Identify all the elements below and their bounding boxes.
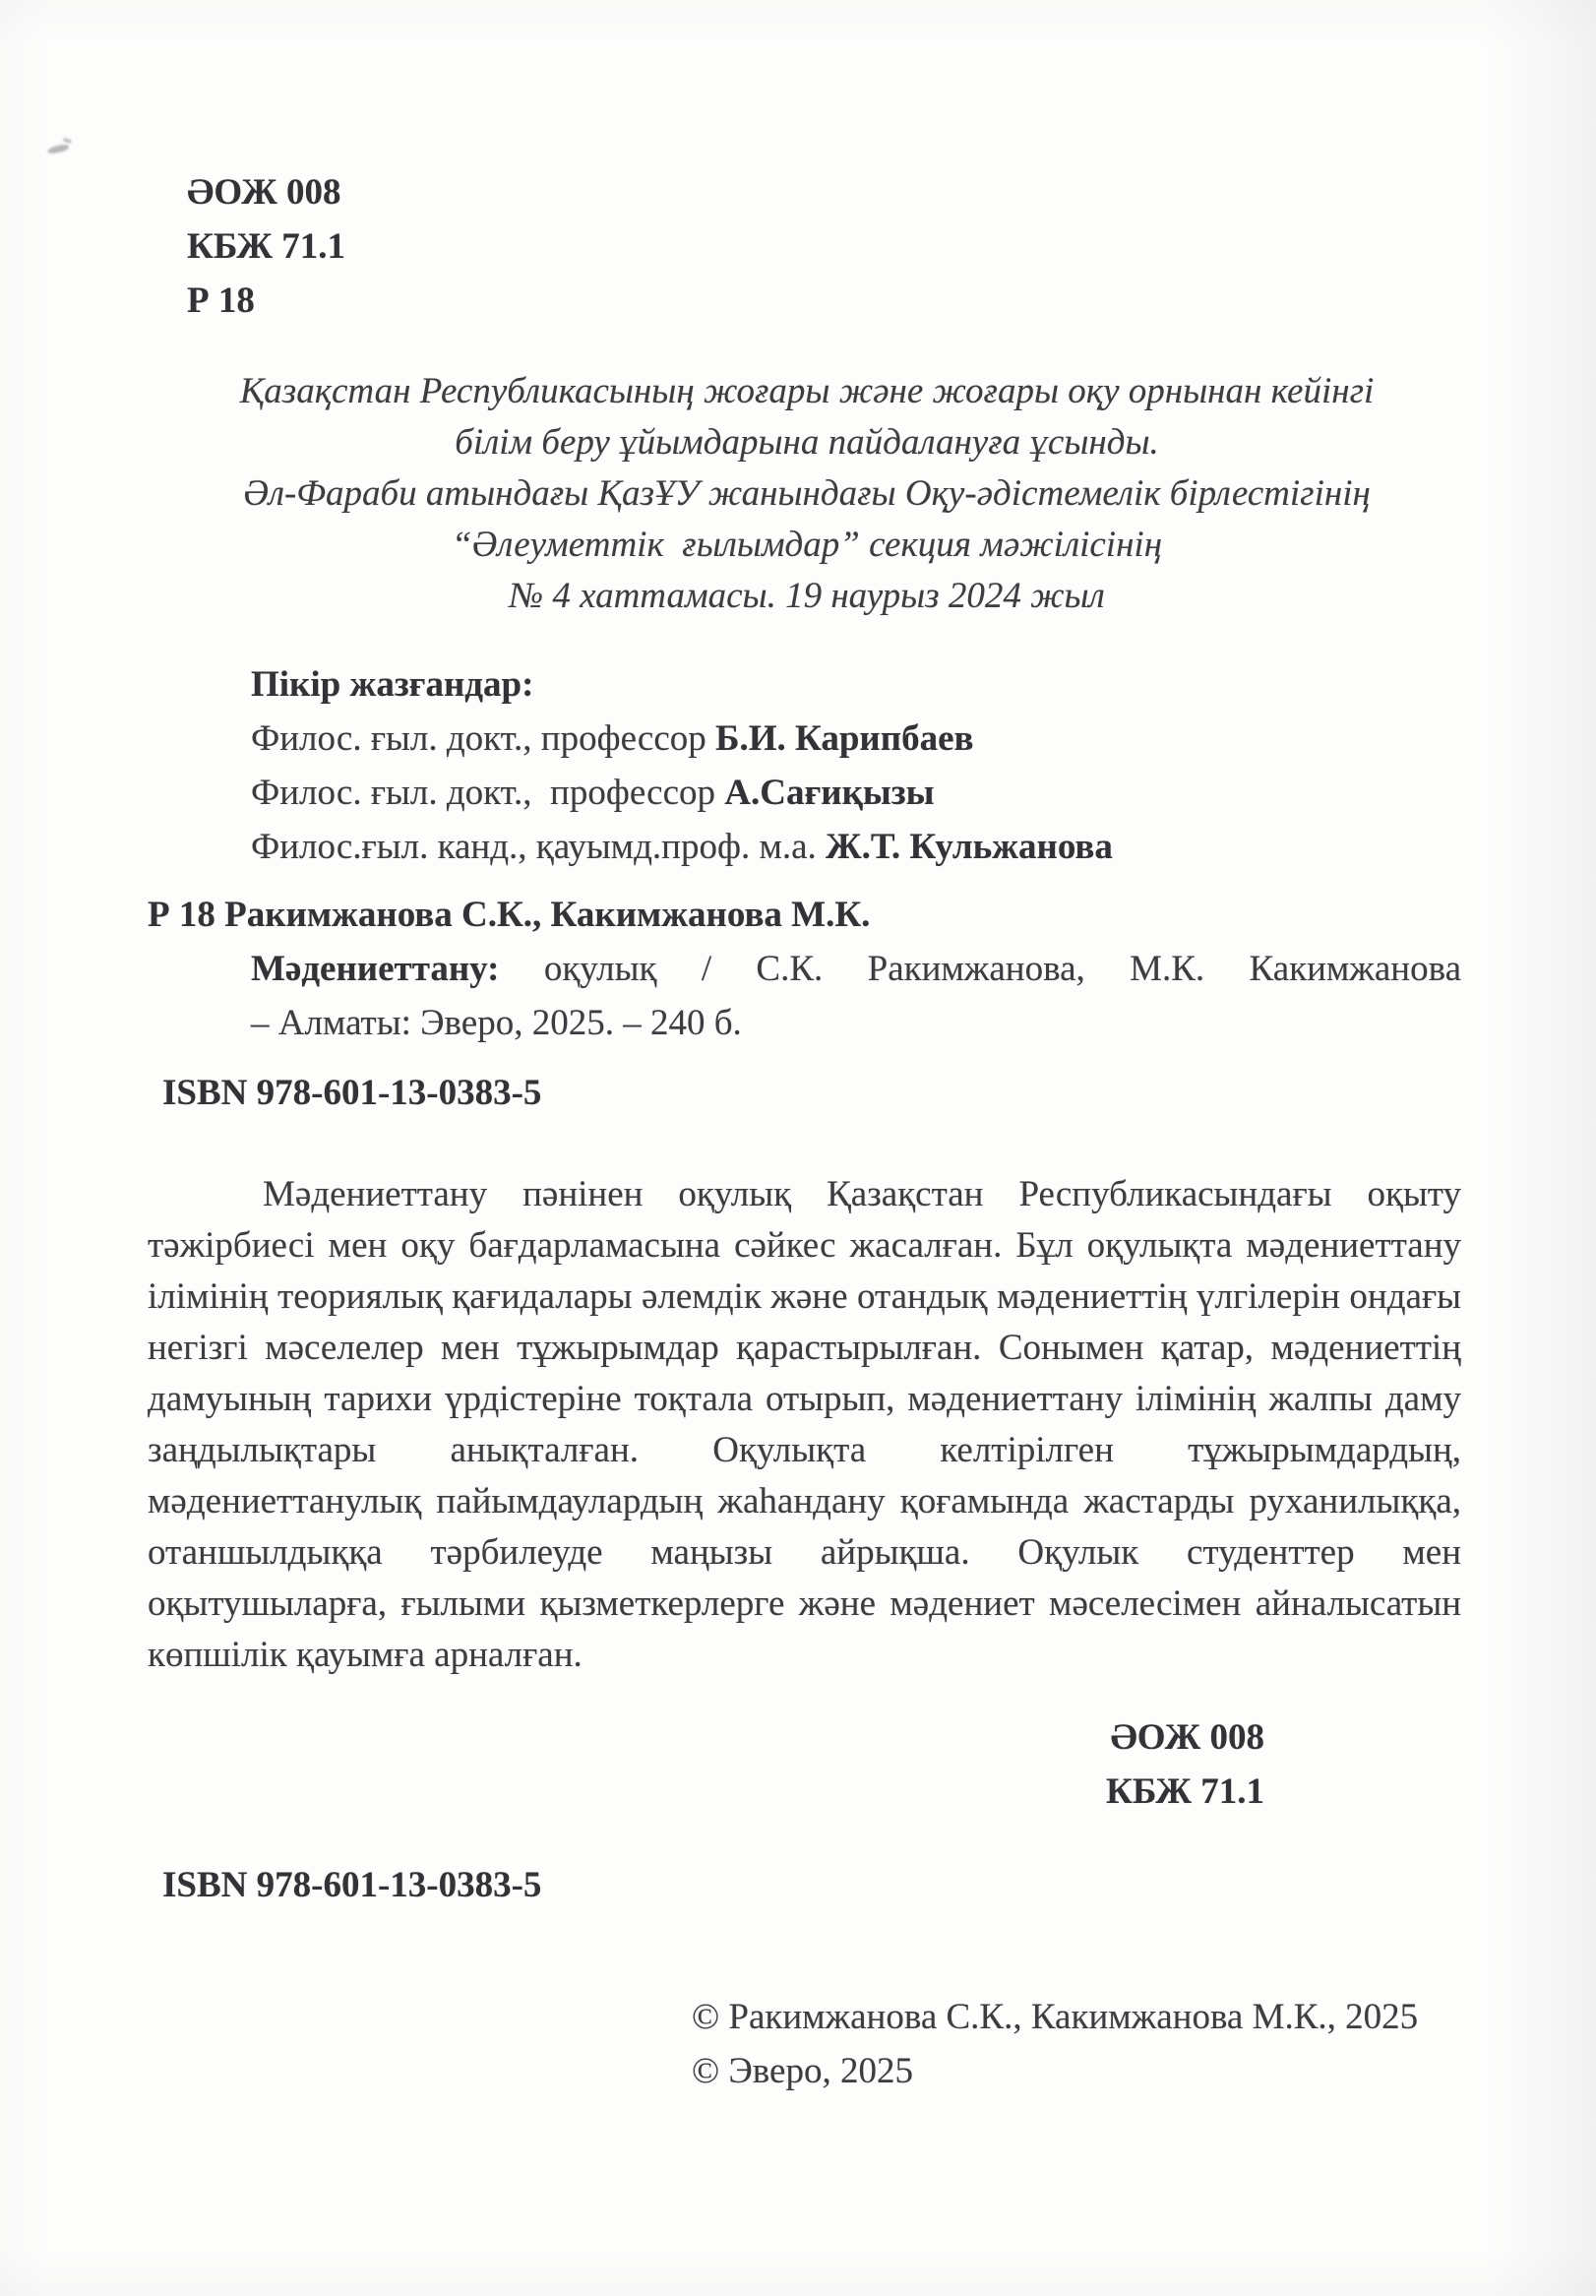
udc-bottom-block: ӘОЖ 008 КБЖ 71.1 xyxy=(1106,1710,1264,1819)
reviewer-degree: Филос.ғыл. канд., қауымд.проф. м.а. xyxy=(251,827,826,867)
record-title: Мәдениеттану: xyxy=(251,949,500,989)
recommendation-line: № 4 хаттамасы. 19 наурыз 2024 жыл xyxy=(108,571,1505,622)
copyright-authors: © Ракимжанова С.К., Какимжанова М.К., 20… xyxy=(692,1990,1418,2044)
recommendation-line: Әл-Фараби атындағы ҚазҰУ жанындағы Оқу-ә… xyxy=(108,468,1505,520)
reviewer-line: Филос. ғыл. докт., профессор Б.И. Карипб… xyxy=(251,712,1113,766)
reviewer-degree: Филос. ғыл. докт., профессор xyxy=(251,773,724,813)
scan-artifact xyxy=(47,144,70,155)
bbk-code-bottom: КБЖ 71.1 xyxy=(1106,1765,1264,1819)
isbn-top: ISBN 978-601-13-0383-5 xyxy=(162,1066,541,1120)
bibliographic-record: Р 18 Ракимжанова С.К., Какимжанова М.К. … xyxy=(148,888,1461,1050)
annotation-paragraph: Мәдениеттану пәнінен оқулық Қазақстан Ре… xyxy=(148,1169,1461,1681)
udc-code: ӘОЖ 008 xyxy=(187,165,345,219)
reviewer-line: Филос.ғыл. канд., қауымд.проф. м.а. Ж.Т.… xyxy=(251,820,1113,874)
copyright-block: © Ракимжанова С.К., Какимжанова М.К., 20… xyxy=(692,1990,1418,2098)
recommendation-line: білім беру ұйымдарына пайдалануға ұсынды… xyxy=(108,417,1505,468)
author-sign: Р 18 xyxy=(187,274,345,328)
bbk-code: КБЖ 71.1 xyxy=(187,219,345,274)
reviewer-name: Б.И. Карипбаев xyxy=(715,718,973,759)
reviewer-name: А.Сағиқызы xyxy=(724,773,934,813)
reviewer-name: Ж.Т. Кульжанова xyxy=(826,827,1113,867)
udc-top-block: ӘОЖ 008 КБЖ 71.1 Р 18 xyxy=(187,165,345,328)
record-imprint: – Алматы: Эверо, 2025. – 240 б. xyxy=(251,996,1461,1050)
record-title-rest: оқулық / С.К. Ракимжанова, М.К. Какимжан… xyxy=(500,949,1462,989)
udc-code-bottom: ӘОЖ 008 xyxy=(1106,1710,1264,1765)
reviewer-line: Филос. ғыл. докт., профессор А.Сағиқызы xyxy=(251,766,1113,820)
recommendation-block: Қазақстан Республикасының жоғары және жо… xyxy=(108,366,1505,622)
reviewers-block: Пікір жазғандар: Филос. ғыл. докт., проф… xyxy=(251,657,1113,874)
reviewer-degree: Филос. ғыл. докт., профессор xyxy=(251,718,715,759)
record-heading: Р 18 Ракимжанова С.К., Какимжанова М.К. xyxy=(148,888,1461,942)
reviewers-heading: Пікір жазғандар: xyxy=(251,657,1113,712)
recommendation-line: “Әлеуметтік ғылымдар” секция мәжілісінің xyxy=(108,520,1505,571)
isbn-bottom: ISBN 978-601-13-0383-5 xyxy=(162,1858,541,1912)
record-title-line: Мәдениеттану: оқулық / С.К. Ракимжанова,… xyxy=(251,942,1461,996)
recommendation-line: Қазақстан Республикасының жоғары және жо… xyxy=(108,366,1505,417)
scanned-imprint-page: ӘОЖ 008 КБЖ 71.1 Р 18 Қазақстан Республи… xyxy=(0,0,1596,2296)
copyright-publisher: © Эверо, 2025 xyxy=(692,2044,1418,2098)
